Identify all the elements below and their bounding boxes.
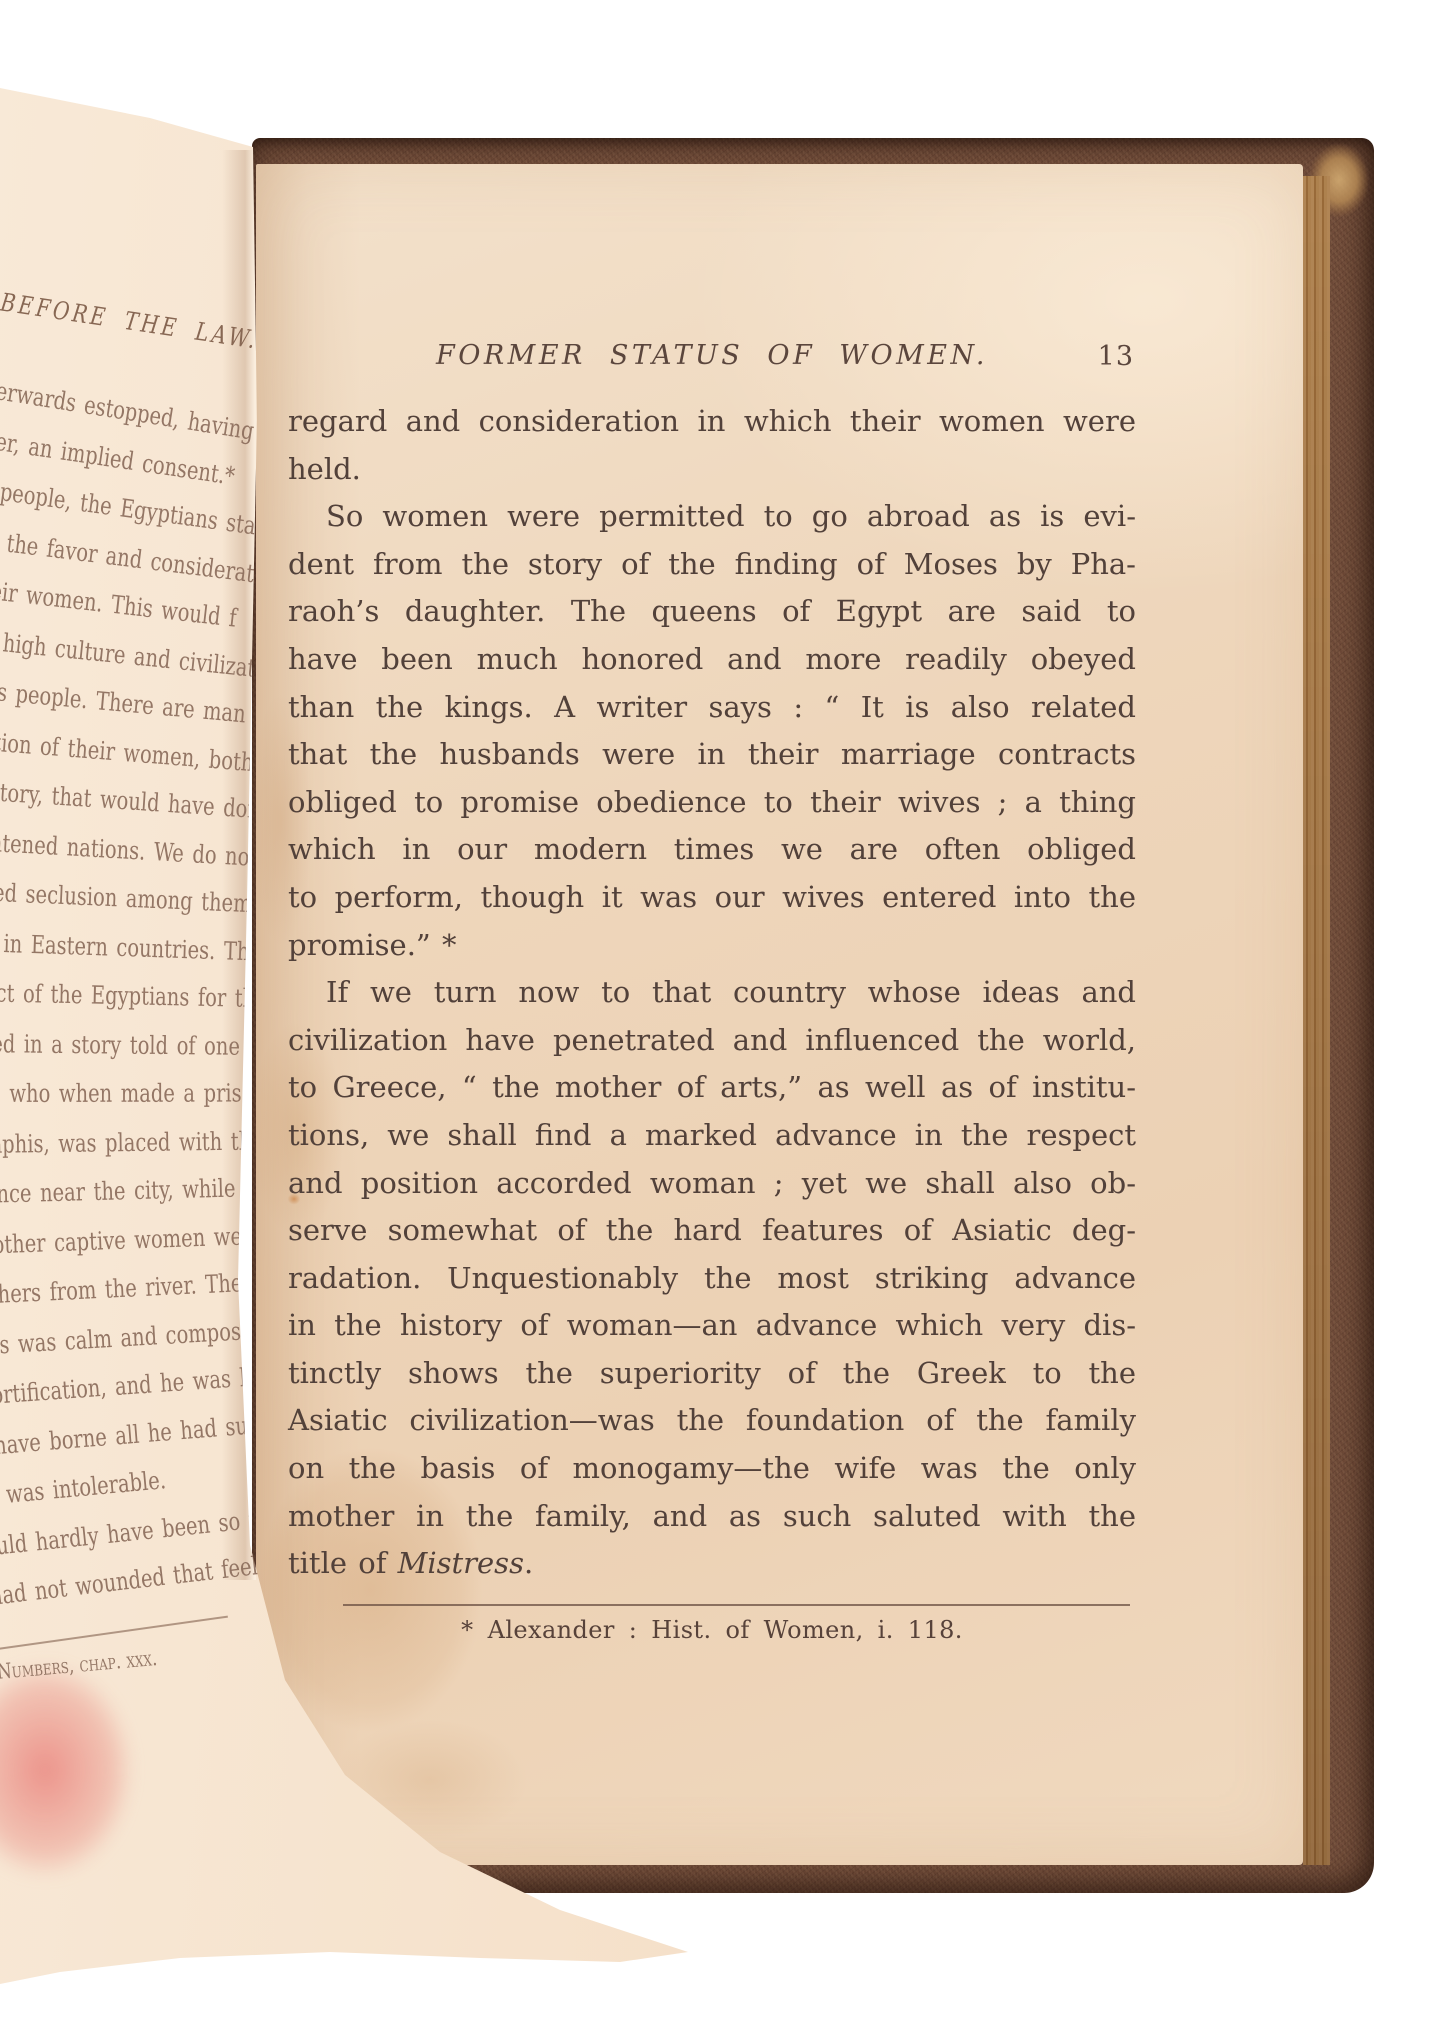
text-line: than the kings. A writer says : “ It is …: [288, 684, 1136, 732]
text-line: this people. There are man: [0, 675, 247, 728]
text-line: tions, we shall find a marked advance in…: [288, 1112, 1136, 1160]
footnote: * Alexander : Hist. of Women, i. 118.: [288, 1616, 1136, 1644]
text-line: that the husbands were in their marriage…: [288, 731, 1136, 779]
book-photo: FORMER STATUS OF WOMEN. 13 regard and co…: [0, 0, 1445, 2023]
italic-word: Mistress: [398, 1546, 524, 1580]
text-line: dent from the story of the finding of Mo…: [288, 541, 1136, 589]
text-line: ightened nations. We do no: [0, 827, 250, 872]
text-line: itchers from the river. The: [0, 1268, 243, 1310]
text-line: civilization have penetrated and influen…: [288, 1017, 1136, 1065]
text-line: raoh’s daughter. The queens of Egypt are…: [288, 588, 1136, 636]
running-head: FORMER STATUS OF WOMEN. 13: [288, 340, 1136, 398]
text-line: on was intolerable.: [0, 1465, 167, 1512]
text-line: have been much honored and more readily …: [288, 636, 1136, 684]
text-line: tinctly shows the superiority of the Gre…: [288, 1350, 1136, 1398]
text-line: If we turn now to that country whose ide…: [288, 969, 1136, 1017]
text-line: on the basis of monogamy—the wife was th…: [288, 1445, 1136, 1493]
text-line: and position accorded woman ; yet we sha…: [288, 1160, 1136, 1208]
text-line: d have borne all he had suf: [0, 1410, 256, 1462]
text-line: mortification, and he was h: [0, 1362, 253, 1410]
text-line: to Greece, “ the mother of arts,” as wel…: [288, 1064, 1136, 1112]
text-line: obliged to promise obedience to their wi…: [288, 779, 1136, 827]
text-line: in the history of woman—an advance which…: [288, 1302, 1136, 1350]
text-line: rded seclusion among them: [0, 877, 252, 918]
text-line: Asiatic civilization—was the foundation …: [288, 1397, 1136, 1445]
text-line: t had not wounded that feelin: [0, 1549, 278, 1613]
text-line: to perform, though it was our wives ente…: [288, 874, 1136, 922]
footnote-rule: [343, 1604, 1130, 1606]
text-line: So women were permitted to go abroad as …: [288, 493, 1136, 541]
right-page-text: FORMER STATUS OF WOMEN. 13 regard and co…: [288, 340, 1136, 1644]
text-line: mother in the family, and as such salute…: [288, 1493, 1136, 1541]
text-line: emphis, was placed with the: [0, 1126, 263, 1159]
page-edges-stack: [1303, 176, 1330, 1865]
text-line: us, who when made a prison: [0, 1078, 266, 1108]
page-number: 13: [1098, 341, 1134, 372]
text-line: pect of the Egyptians for the: [0, 978, 267, 1013]
text-line: held.: [288, 446, 1136, 494]
text-line: which in our modern times we are often o…: [288, 826, 1136, 874]
text-line: regard and consideration in which their …: [288, 398, 1136, 446]
text-line: serve somewhat of the hard features of A…: [288, 1207, 1136, 1255]
text-line: their women. This would f: [0, 574, 238, 633]
text-line: promise.” *: [288, 922, 1136, 970]
text-line: ated in a story told of one of: [0, 1029, 268, 1061]
text-line: title of Mistress.: [288, 1540, 1136, 1588]
running-head-title: FORMER STATUS OF WOMEN.: [288, 340, 1136, 371]
text-line: lly in Eastern countries. Th: [0, 928, 250, 966]
text-line: radation. Unquestionably the most striki…: [288, 1255, 1136, 1303]
